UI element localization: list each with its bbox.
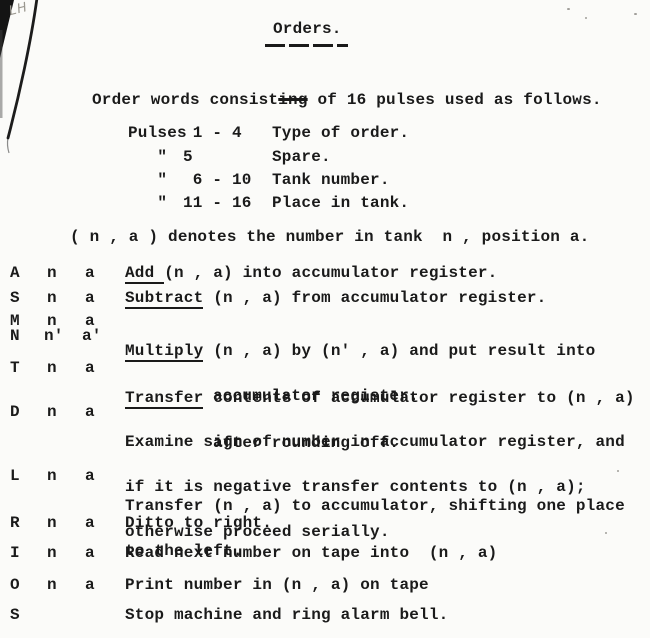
order-a: a <box>85 578 95 593</box>
pulse-row: " 5 Spare. <box>0 150 650 165</box>
order-code: L <box>10 469 20 484</box>
typewritten-document-page: LH Orders. Order words consisting of 16 … <box>0 0 650 638</box>
order-desc: (n , a) into accumulator register. <box>164 264 497 282</box>
order-n: n <box>47 405 57 420</box>
page-title: Orders. <box>273 22 342 37</box>
order-code: S <box>10 291 20 306</box>
order-a: a <box>85 266 95 281</box>
ditto-mark: " <box>128 150 167 165</box>
paper-speck <box>634 13 637 15</box>
order-n-2: n' <box>44 329 64 344</box>
order-a: a <box>85 469 95 484</box>
pulse-desc: Type of order. <box>272 126 409 141</box>
order-desc: Read next number on tape into (n , a) <box>125 546 497 561</box>
underlined-keyword: Add <box>125 264 164 284</box>
order-desc: Ditto to right. <box>125 516 272 531</box>
paper-speck <box>567 8 570 10</box>
order-desc: (n , a) from accumulator register. <box>203 289 546 307</box>
paper-crease-artifact <box>0 0 70 170</box>
order-code: R <box>10 516 20 531</box>
pulse-range: 1 - 4 <box>183 126 242 141</box>
order-n: n <box>47 361 57 376</box>
paper-speck <box>585 17 587 19</box>
order-a: a <box>85 291 95 306</box>
underlined-keyword: Subtract <box>125 289 203 309</box>
order-n: n <box>47 516 57 531</box>
underlined-keyword: Multiply <box>125 342 203 362</box>
pulse-row: " 6 - 10 Tank number. <box>0 173 650 188</box>
intro-sentence: Order words consisting of 16 pulses used… <box>92 93 602 108</box>
order-desc: Examine sign of number in accumulator re… <box>125 435 625 450</box>
pulse-desc: Place in tank. <box>272 196 409 211</box>
pulse-label: Pulses <box>128 126 187 141</box>
pulse-row: " 11 - 16 Place in tank. <box>0 196 650 211</box>
order-code: T <box>10 361 20 376</box>
notation-note: ( n , a ) denotes the number in tank n ,… <box>70 230 589 245</box>
title-underline <box>265 44 348 47</box>
order-code: I <box>10 546 20 561</box>
order-a: a <box>85 516 95 531</box>
order-desc: Stop machine and ring alarm bell. <box>125 608 448 623</box>
order-n: n <box>47 546 57 561</box>
order-desc: Print number in (n , a) on tape <box>125 578 429 593</box>
intro-text-post: of 16 pulses used as follows. <box>308 91 602 109</box>
order-code: A <box>10 266 20 281</box>
order-code-2: N <box>10 329 20 344</box>
order-a-2: a' <box>82 329 102 344</box>
pulse-range: 6 - 10 <box>183 173 252 188</box>
order-n: n <box>47 578 57 593</box>
pulse-row: Pulses 1 - 4 Type of order. <box>0 126 650 141</box>
order-code: D <box>10 405 20 420</box>
order-n: n <box>47 469 57 484</box>
order-desc: Transfer (n , a) to accumulator, shiftin… <box>125 499 625 514</box>
order-code: O <box>10 578 20 593</box>
ditto-mark: " <box>128 196 167 211</box>
order-a: a <box>85 546 95 561</box>
pulse-desc: Spare. <box>272 150 331 165</box>
order-code: S <box>10 608 20 623</box>
order-a: a <box>85 405 95 420</box>
order-desc: (n , a) by (n' , a) and put result into <box>203 342 595 360</box>
order-n: n <box>47 291 57 306</box>
intro-text-pre: Order words consist <box>92 91 278 109</box>
ditto-mark: " <box>128 173 167 188</box>
order-n: n <box>47 266 57 281</box>
pulse-range: 5 <box>183 150 193 165</box>
pulse-range: 11 - 16 <box>183 196 252 211</box>
struck-out-text: ing <box>278 91 307 109</box>
order-a: a <box>85 361 95 376</box>
pulse-desc: Tank number. <box>272 173 390 188</box>
